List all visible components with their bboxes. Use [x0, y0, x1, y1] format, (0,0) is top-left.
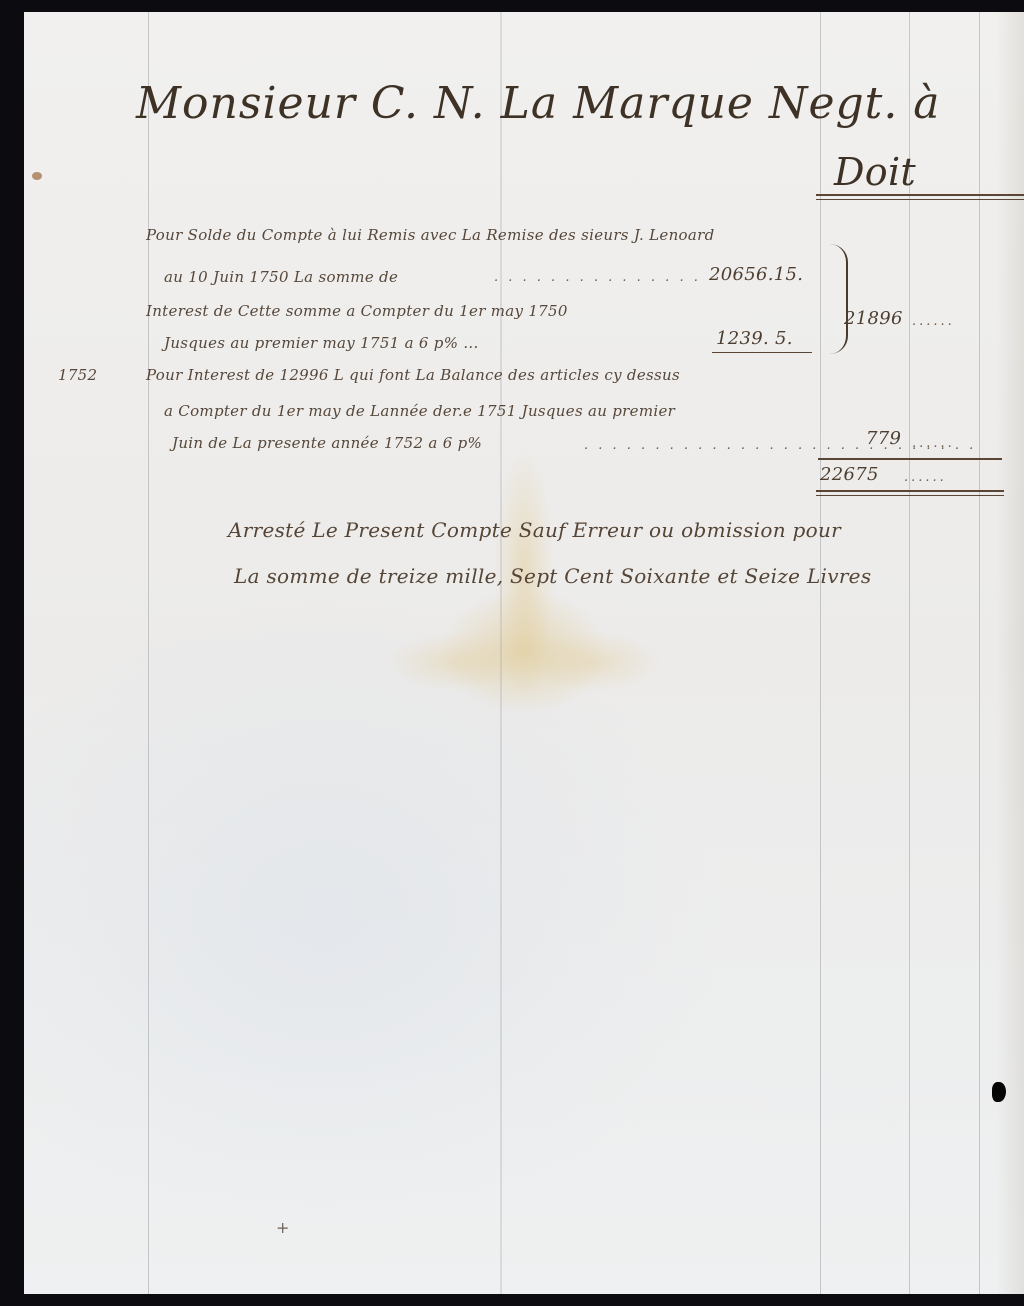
grand-total-dots: ...... — [904, 470, 947, 485]
bracketed-subtotal-dots: ...... — [912, 314, 955, 329]
bracketed-subtotal: 21896 — [844, 308, 903, 329]
entry-1-amount: 20656.15. — [709, 264, 803, 285]
doit-label: Doit — [834, 150, 916, 194]
column-rule — [909, 12, 910, 1294]
entry-3-amount: 779 — [866, 428, 901, 449]
entry-3-margin-year: 1752 — [58, 366, 97, 384]
entry-2-line-2: Jusques au premier may 1751 a 6 p% ... — [164, 334, 479, 352]
column-rule — [979, 12, 980, 1294]
entry-2-underline — [712, 352, 812, 353]
entry-2-amount: 1239. 5. — [716, 328, 793, 349]
entry-1-line-2: au 10 Juin 1750 La somme de — [164, 268, 398, 286]
foxing-spot — [32, 172, 42, 180]
doit-double-rule-top — [816, 194, 1024, 196]
margin-rule — [148, 12, 149, 1294]
closing-line-2: La somme de treize mille, Sept Cent Soix… — [234, 564, 871, 588]
total-rule — [818, 458, 1002, 460]
grand-total: 22675 — [820, 464, 879, 485]
total-double-rule-top — [816, 490, 1004, 492]
bracket-brace — [830, 244, 848, 354]
document-page: Monsieur C. N. La Marque Negt. à Doit Po… — [24, 12, 1024, 1294]
entry-1-leader-dots: . . . . . . . . . . . . . . . — [494, 270, 701, 285]
closing-line-1: Arresté Le Present Compte Sauf Erreur ou… — [228, 518, 841, 542]
entry-3-line-1: Pour Interest de 12996 L qui font La Bal… — [146, 366, 680, 384]
doit-double-rule-bottom — [816, 199, 1024, 200]
total-double-rule-bottom — [816, 495, 1004, 496]
entry-3-line-2: a Compter du 1er may de Lannée der.e 175… — [164, 402, 675, 420]
stray-pen-mark: + — [276, 1218, 290, 1237]
entry-3-line-3: Juin de La presente année 1752 a 6 p% — [172, 434, 482, 452]
addressee-heading: Monsieur C. N. La Marque Negt. à — [136, 78, 941, 129]
entry-3-amount-dots: ...... — [912, 436, 955, 451]
entry-2-line-1: Interest de Cette somme a Compter du 1er… — [146, 302, 568, 320]
entry-1-line-1: Pour Solde du Compte à lui Remis avec La… — [146, 226, 715, 244]
paper-fold — [500, 12, 502, 1294]
column-rule — [820, 12, 821, 1294]
